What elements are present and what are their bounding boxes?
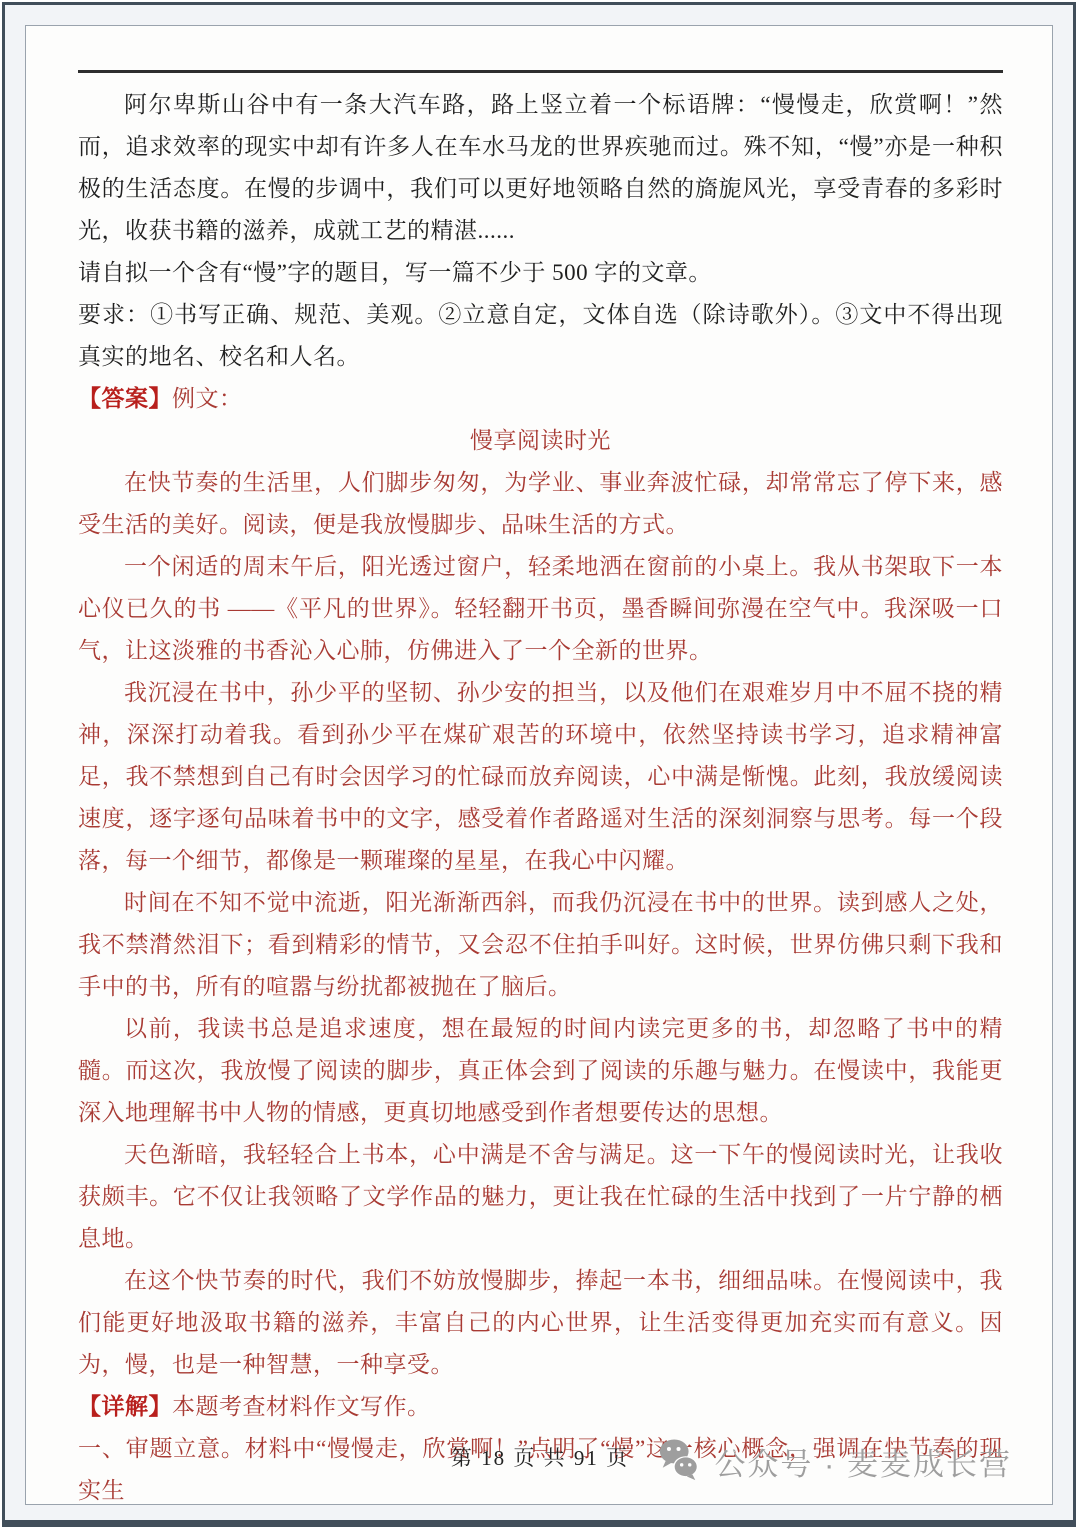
essay-paragraph: 时间在不知不觉中流逝，阳光渐渐西斜，而我仍沉浸在书中的世界。读到感人之处，我不禁… — [78, 882, 1003, 1008]
essay-paragraph: 以前，我读书总是追求速度，想在最短的时间内读完更多的书，却忽略了书中的精髓。而这… — [78, 1008, 1003, 1134]
analysis-intro: 本题考查材料作文写作。 — [172, 1394, 431, 1419]
prompt-requirements-line: 要求：①书写正确、规范、美观。②立意自定，文体自选（除诗歌外）。③文中不得出现真… — [78, 294, 1003, 378]
answer-heading: 【答案】例文： — [78, 378, 1003, 420]
essay-paragraph: 我沉浸在书中，孙少平的坚韧、孙少安的担当，以及他们在艰难岁月中不屈不挠的精神，深… — [78, 672, 1003, 882]
essay-paragraph: 在这个快节奏的时代，我们不妨放慢脚步，捧起一本书，细细品味。在慢阅读中，我们能更… — [78, 1260, 1003, 1386]
document-body: 阿尔卑斯山谷中有一条大汽车路，路上竖立着一个标语牌：“慢慢走，欣赏啊！”然而，追… — [78, 84, 1003, 1512]
watermark: 公众号 · 麦麦成长营 — [656, 1438, 1012, 1484]
header-rule-divider — [78, 70, 1003, 73]
prompt-task-line: 请自拟一个含有“慢”字的题目，写一篇不少于 500 字的文章。 — [78, 252, 1003, 294]
essay-title: 慢享阅读时光 — [78, 420, 1003, 462]
essay-paragraph: 在快节奏的生活里，人们脚步匆匆，为学业、事业奔波忙碌，却常常忘了停下来，感受生活… — [78, 462, 1003, 546]
answer-label: 【答案】 — [78, 386, 172, 411]
watermark-text: 公众号 · 麦麦成长营 — [714, 1439, 1012, 1484]
analysis-label: 【详解】 — [78, 1394, 172, 1419]
prompt-intro-paragraph: 阿尔卑斯山谷中有一条大汽车路，路上竖立着一个标语牌：“慢慢走，欣赏啊！”然而，追… — [78, 84, 1003, 252]
answer-label-suffix: 例文： — [172, 386, 243, 411]
essay-paragraph: 一个闲适的周末午后，阳光透过窗户，轻柔地洒在窗前的小桌上。我从书架取下一本心仪已… — [78, 546, 1003, 672]
document-page: 阿尔卑斯山谷中有一条大汽车路，路上竖立着一个标语牌：“慢慢走，欣赏啊！”然而，追… — [0, 0, 1080, 1527]
essay-paragraph: 天色渐暗，我轻轻合上书本，心中满是不舍与满足。这一下午的慢阅读时光，让我收获颇丰… — [78, 1134, 1003, 1260]
wechat-icon — [656, 1438, 702, 1484]
analysis-heading: 【详解】本题考查材料作文写作。 — [78, 1386, 1003, 1428]
